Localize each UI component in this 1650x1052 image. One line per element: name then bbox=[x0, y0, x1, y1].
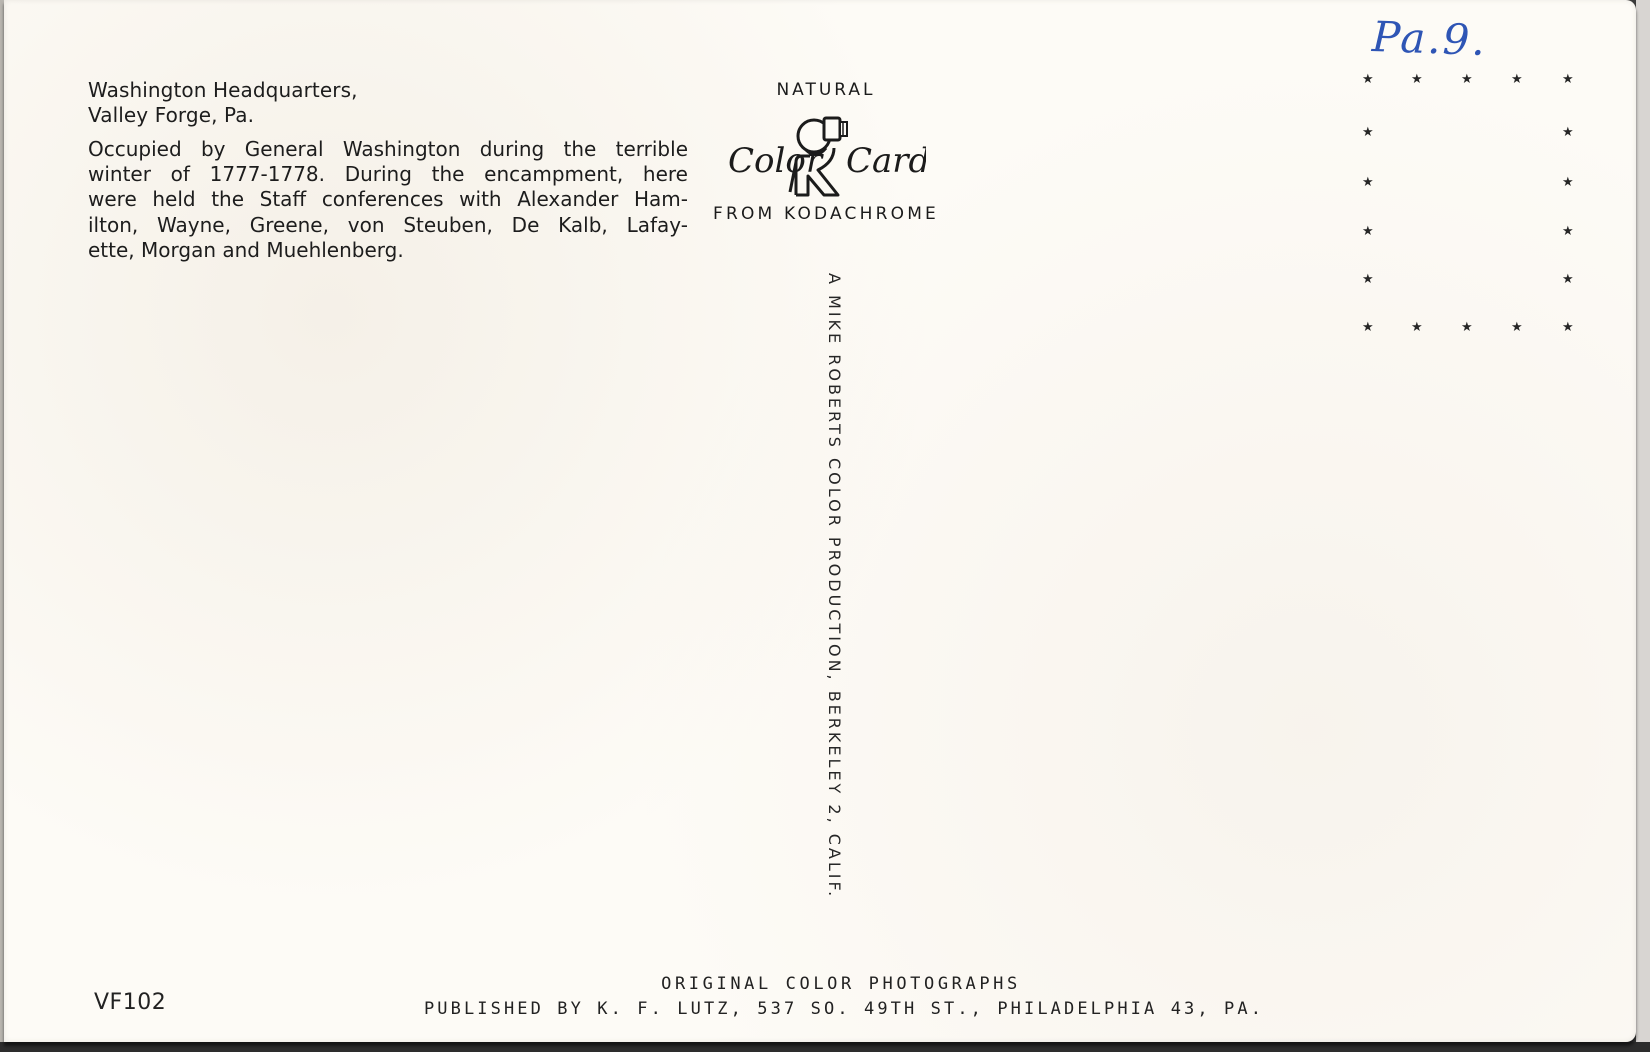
star-icon: ★ bbox=[1461, 73, 1473, 86]
star-icon: ★ bbox=[1461, 321, 1473, 334]
producer-credit: A MIKE ROBERTS COLOR PRODUCTION, BERKELE… bbox=[822, 273, 844, 973]
caption-title-line: Valley Forge, Pa. bbox=[88, 103, 688, 128]
card-code: VF102 bbox=[94, 990, 166, 1015]
natural-color-card-logo: NATURAL Color Card FROM KODACHROME bbox=[706, 78, 946, 228]
star-icon: ★ bbox=[1411, 73, 1423, 86]
star-icon: ★ bbox=[1362, 273, 1374, 286]
photographer-k-logo-icon: Color Card bbox=[726, 100, 926, 205]
footer-publisher: PUBLISHED BY K. F. LUTZ, 537 SO. 49TH ST… bbox=[19, 999, 1650, 1019]
star-icon: ★ bbox=[1362, 321, 1374, 334]
caption-block: Washington Headquarters, Valley Forge, P… bbox=[88, 78, 688, 263]
logo-script-right: Card bbox=[846, 141, 926, 181]
caption-body-line: Occupied by General Washington during th… bbox=[88, 137, 688, 162]
caption-body-line: ette, Morgan and Muehlenberg. bbox=[88, 238, 688, 263]
star-icon: ★ bbox=[1362, 225, 1374, 238]
caption-body: Occupied by General Washington during th… bbox=[88, 137, 688, 263]
star-icon: ★ bbox=[1362, 176, 1374, 189]
caption-body-line: winter of 1777-1778. During the encampme… bbox=[88, 162, 688, 187]
caption-title-line: Washington Headquarters, bbox=[88, 78, 688, 103]
handwritten-note: Pa.9. bbox=[1371, 12, 1487, 65]
star-icon: ★ bbox=[1362, 126, 1374, 139]
caption-body-line: ilton, Wayne, Greene, von Steuben, De Ka… bbox=[88, 213, 688, 238]
card-right-edge bbox=[1636, 0, 1650, 1052]
star-icon: ★ bbox=[1511, 321, 1523, 334]
stamp-placement-box: ★★★★★★★★★★★★★★★★★★ bbox=[1354, 65, 1584, 340]
postcard-back: Washington Headquarters, Valley Forge, P… bbox=[4, 0, 1636, 1042]
star-icon: ★ bbox=[1411, 321, 1423, 334]
star-icon: ★ bbox=[1562, 225, 1574, 238]
logo-bottom-text: FROM KODACHROME bbox=[706, 204, 946, 224]
footer-original-photographs: ORIGINAL COLOR PHOTOGRAPHS bbox=[16, 974, 1650, 994]
star-icon: ★ bbox=[1562, 126, 1574, 139]
caption-title: Washington Headquarters, Valley Forge, P… bbox=[88, 78, 688, 128]
star-icon: ★ bbox=[1562, 273, 1574, 286]
caption-body-line: were held the Staff conferences with Ale… bbox=[88, 187, 688, 212]
star-icon: ★ bbox=[1562, 321, 1574, 334]
star-icon: ★ bbox=[1562, 176, 1574, 189]
star-icon: ★ bbox=[1511, 73, 1523, 86]
logo-top-text: NATURAL bbox=[706, 80, 946, 100]
star-icon: ★ bbox=[1562, 73, 1574, 86]
star-icon: ★ bbox=[1362, 73, 1374, 86]
card-bottom-shadow bbox=[0, 1042, 1650, 1052]
